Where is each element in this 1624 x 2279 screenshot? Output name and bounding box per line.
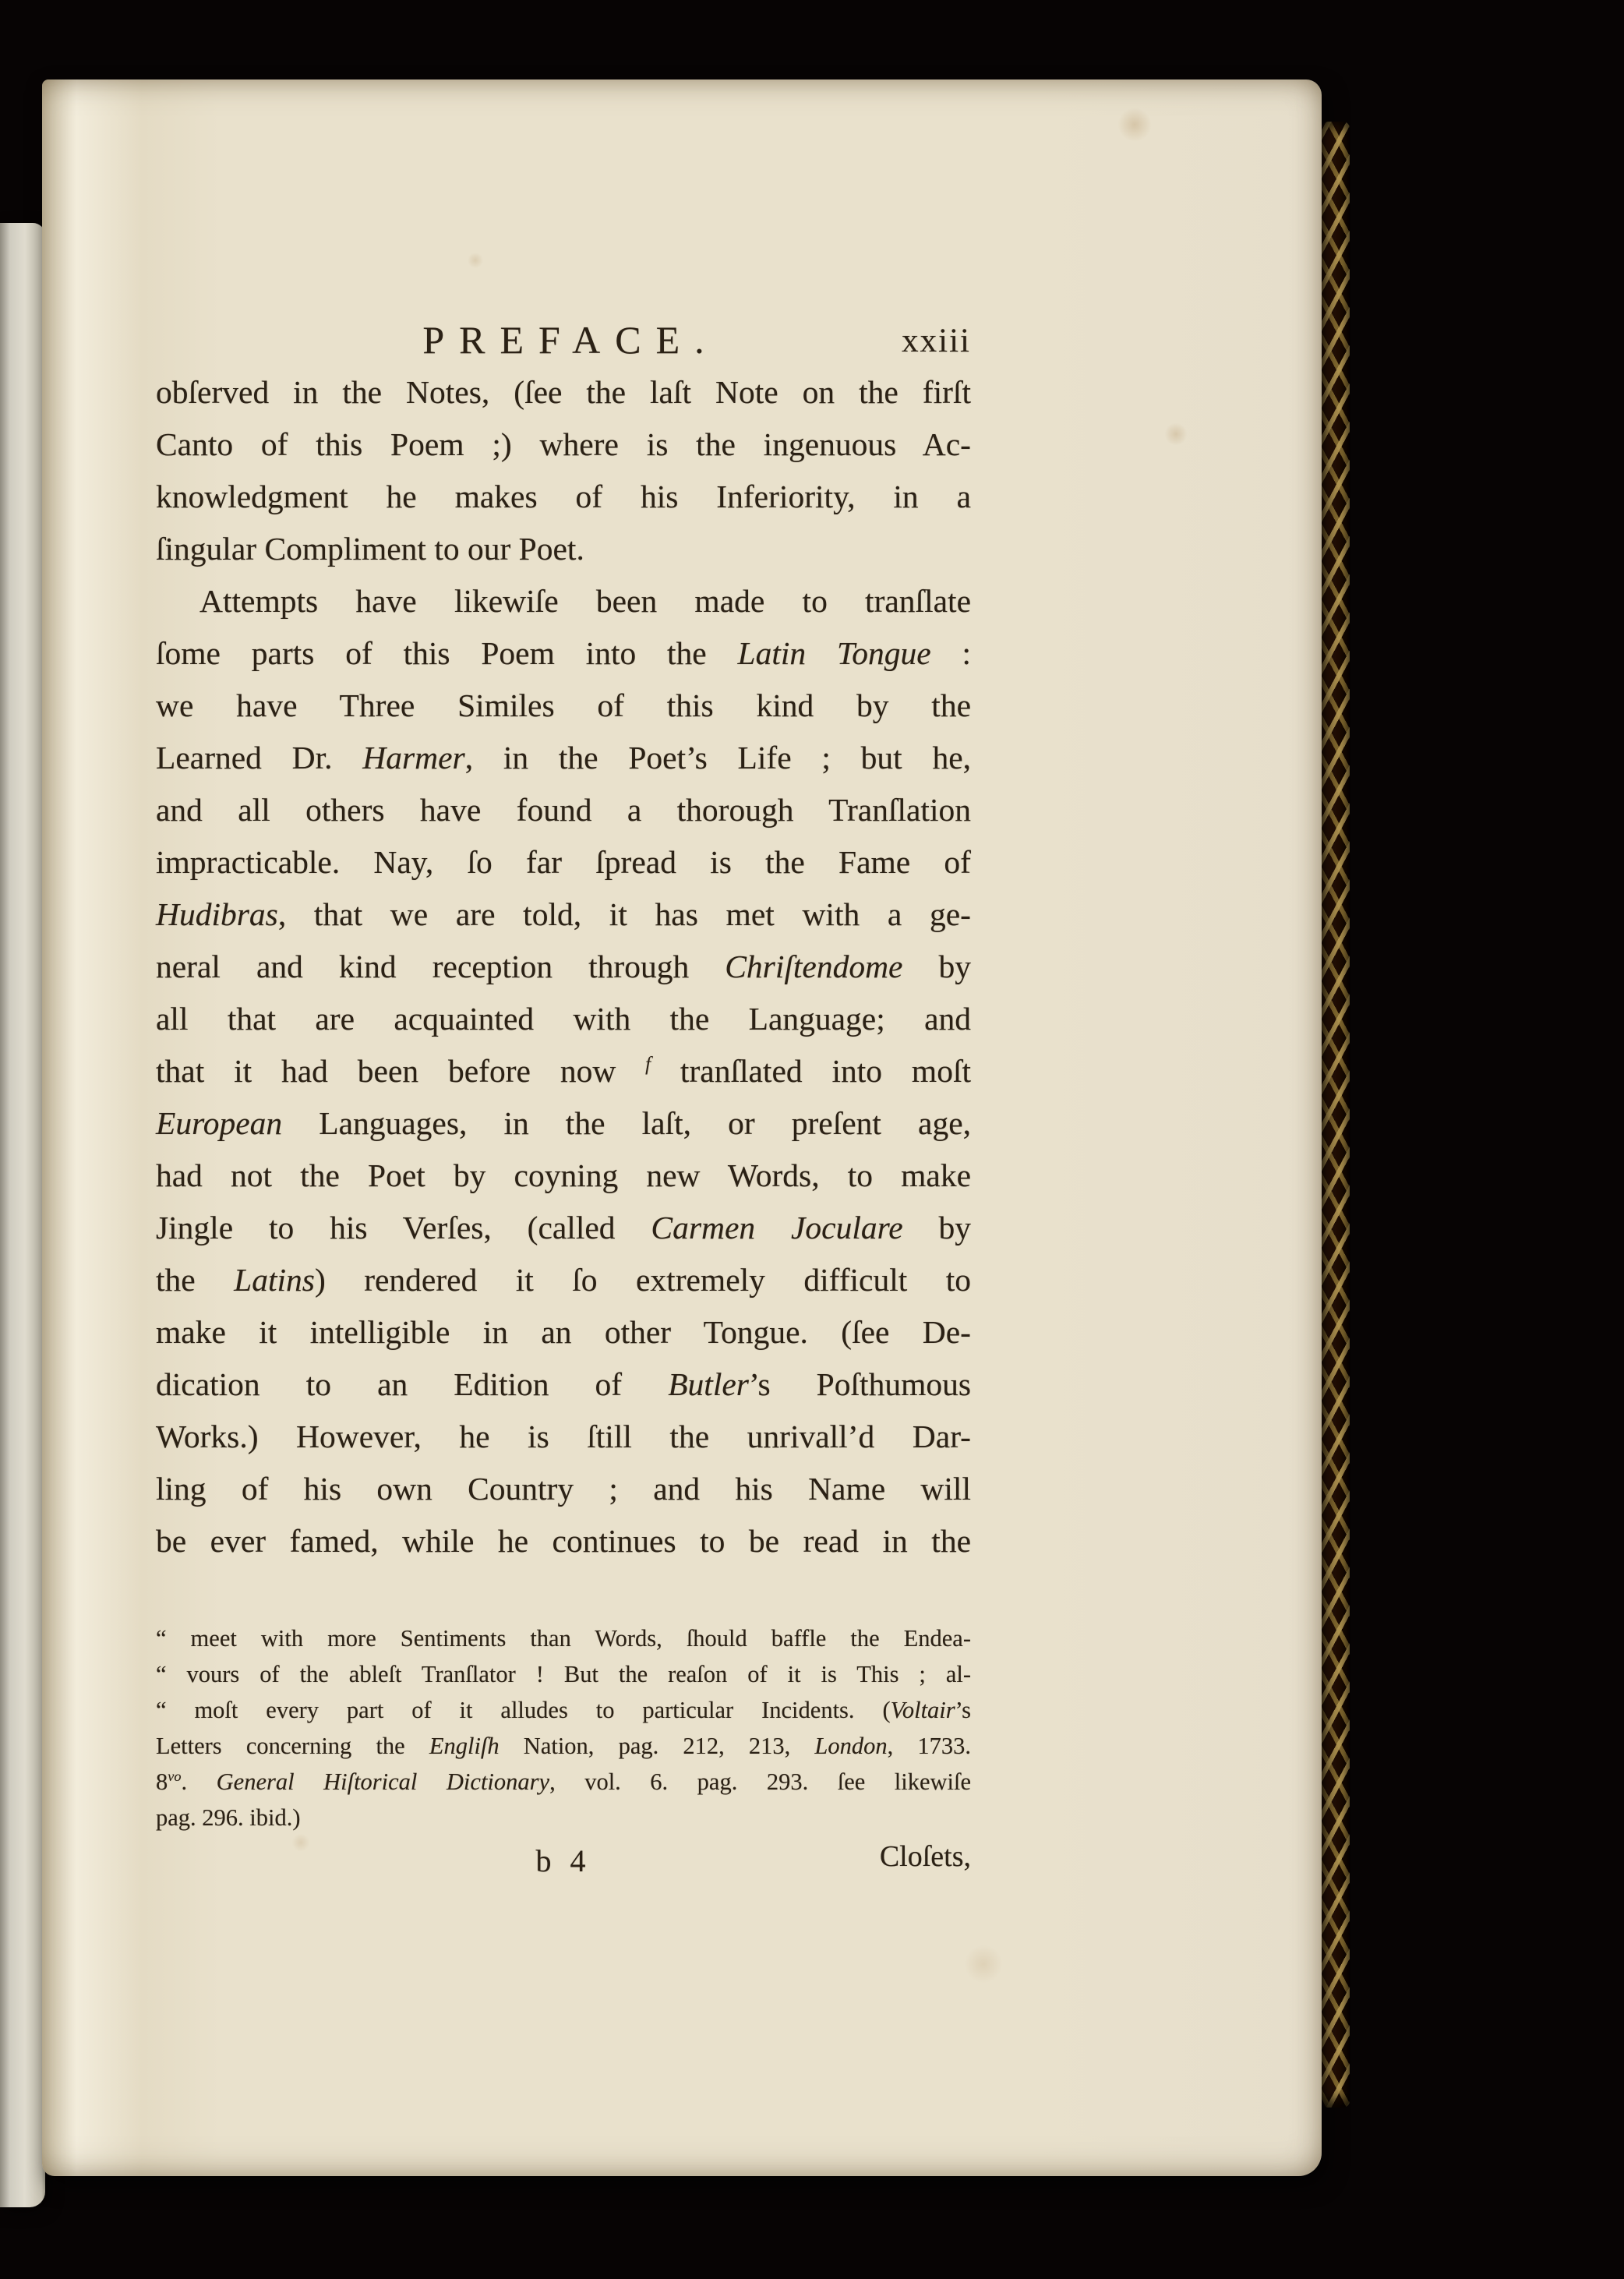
body-line: Attempts have likewiſe been made to tran… [156, 575, 971, 627]
footnote: “ meet with more Sentiments than Words, … [156, 1620, 971, 1836]
body-line: we have Three Similes of this kind by th… [156, 680, 971, 732]
page-header: PREFACE. xxiii [156, 317, 971, 364]
page-footer: b 4 Cloſets, [156, 1843, 971, 1897]
signature-mark: b 4 [156, 1843, 971, 1879]
text-run: ) rendered it ſo extremely difficult to [315, 1262, 971, 1298]
text-run: Attempts have likewiſe been made to tran… [199, 583, 971, 619]
text-run: ’s Poſthumous [749, 1366, 971, 1402]
italic-text-run: Carmen Joculare [651, 1210, 902, 1245]
text-run: that it had been before now [156, 1053, 645, 1089]
italic-text-run: Butler [668, 1366, 749, 1402]
italic-text-run: Voltair [891, 1697, 955, 1723]
body-line: impracticable. Nay, ſo far ſpread is the… [156, 836, 971, 889]
text-run: , that we are told, it has met with a ge… [278, 896, 971, 932]
text-run: ’s [955, 1697, 971, 1723]
body-line: all that are acquainted with the Languag… [156, 993, 971, 1045]
text-run: the [156, 1262, 234, 1298]
text-run: Nation, pag. 212, 213, [500, 1733, 815, 1759]
text-run: neral and kind reception through [156, 949, 725, 984]
text-run: by [902, 949, 971, 984]
italic-text-run: General Hiſtorical Dictionary [217, 1768, 549, 1795]
body-line: Learned Dr. Harmer, in the Poet’s Life ;… [156, 732, 971, 784]
body-line: knowledgment he makes of his Inferiority… [156, 471, 971, 523]
body-line: neral and kind reception through Chriſte… [156, 941, 971, 993]
body-line: be ever famed, while he continues to be … [156, 1515, 971, 1567]
italic-text-run: Engliſh [429, 1733, 500, 1759]
text-run: ſome parts of this Poem into the [156, 635, 738, 671]
footnote-line: 8vo. General Hiſtorical Dictionary, vol.… [156, 1764, 971, 1800]
footnote-line: “ moſt every part of it alludes to parti… [156, 1692, 971, 1728]
text-run: tranſlated into moſt [651, 1053, 971, 1089]
footnote-line: Letters concerning the Engliſh Nation, p… [156, 1728, 971, 1764]
body-line: ſome parts of this Poem into the Latin T… [156, 627, 971, 680]
underlying-page-edge [0, 223, 45, 2207]
body-text: obſerved in the Notes, (ſee the laſt Not… [156, 366, 971, 1567]
footnote-line: “ vours of the ableſt Tranſlator ! But t… [156, 1656, 971, 1692]
text-run: . [182, 1768, 217, 1795]
footnote-line: pag. 296. ibid.) [156, 1800, 971, 1836]
body-line: ling of his own Country ; and his Name w… [156, 1463, 971, 1515]
body-line: had not the Poet by coyning new Words, t… [156, 1150, 971, 1202]
text-run: Letters concerning the [156, 1733, 429, 1759]
italic-text-run: Latin Tongue [738, 635, 931, 671]
text-run: knowledgment he makes of his Inferiority… [156, 479, 971, 514]
italic-text-run: Latins [234, 1262, 315, 1298]
italic-text-run: Chriſtendome [725, 949, 902, 984]
text-run: : [931, 635, 971, 671]
body-line: obſerved in the Notes, (ſee the laſt Not… [156, 366, 971, 419]
text-run: , 1733. [888, 1733, 971, 1759]
text-run: we have Three Similes of this kind by th… [156, 687, 971, 723]
text-run: 8 [156, 1768, 168, 1795]
text-run: had not the Poet by coyning new Words, t… [156, 1157, 971, 1193]
gilt-binding-edge [1320, 122, 1350, 2108]
text-run: “ meet with more Sentiments than Words, … [156, 1625, 971, 1652]
text-run: ling of his own Country ; and his Name w… [156, 1471, 971, 1507]
text-run: “ vours of the ableſt Tranſlator ! But t… [156, 1661, 971, 1687]
body-line: that it had been before now f tranſlated… [156, 1045, 971, 1097]
superscript-mark: vo [168, 1768, 181, 1784]
text-run: Languages, in the laſt, or preſent age, [282, 1105, 971, 1141]
italic-text-run: European [156, 1105, 282, 1141]
page-number: xxiii [902, 322, 971, 360]
text-run: by [903, 1210, 971, 1245]
italic-text-run: Hudibras [156, 896, 278, 932]
text-run: Canto of this Poem ;) where is the ingen… [156, 426, 971, 462]
catchword: Cloſets, [880, 1839, 971, 1874]
text-run: Works.) However, he is ſtill the unrival… [156, 1419, 971, 1454]
book-page: PREFACE. xxiii obſerved in the Notes, (ſ… [42, 79, 1322, 2176]
body-line: dication to an Edition of Butler’s Poſth… [156, 1359, 971, 1411]
text-run: make it intelligible in an other Tongue.… [156, 1314, 971, 1350]
body-line: Works.) However, he is ſtill the unrival… [156, 1411, 971, 1463]
body-line: and all others have found a thorough Tra… [156, 784, 971, 836]
text-run: impracticable. Nay, ſo far ſpread is the… [156, 844, 971, 880]
text-run: and all others have found a thorough Tra… [156, 792, 971, 828]
text-run: all that are acquainted with the Languag… [156, 1001, 971, 1037]
body-line: make it intelligible in an other Tongue.… [156, 1306, 971, 1359]
body-line: ſingular Compliment to our Poet. [156, 523, 971, 575]
italic-text-run: London [814, 1733, 887, 1759]
text-run: ſingular Compliment to our Poet. [156, 531, 584, 567]
text-run: “ moſt every part of it alludes to parti… [156, 1697, 891, 1723]
body-line: the Latins) rendered it ſo extremely dif… [156, 1254, 971, 1306]
text-run: Jingle to his Verſes, (called [156, 1210, 651, 1245]
text-run: dication to an Edition of [156, 1366, 668, 1402]
italic-text-run: Harmer [362, 740, 464, 776]
body-line: Canto of this Poem ;) where is the ingen… [156, 419, 971, 471]
body-line: Jingle to his Verſes, (called Carmen Joc… [156, 1202, 971, 1254]
text-run: be ever famed, while he continues to be … [156, 1523, 971, 1559]
text-run: , in the Poet’s Life ; but he, [465, 740, 971, 776]
footnote-line: “ meet with more Sentiments than Words, … [156, 1620, 971, 1656]
text-run: pag. 296. ibid.) [156, 1804, 301, 1831]
page-title: PREFACE. [156, 317, 971, 362]
book-photo: { "colors":{ "background":"#070404", "pa… [0, 0, 1624, 2279]
text-run: obſerved in the Notes, (ſee the laſt Not… [156, 374, 971, 410]
text-run: , vol. 6. pag. 293. ſee likewiſe [549, 1768, 971, 1795]
body-line: Hudibras, that we are told, it has met w… [156, 889, 971, 941]
text-run: Learned Dr. [156, 740, 362, 776]
body-line: European Languages, in the laſt, or preſ… [156, 1097, 971, 1150]
